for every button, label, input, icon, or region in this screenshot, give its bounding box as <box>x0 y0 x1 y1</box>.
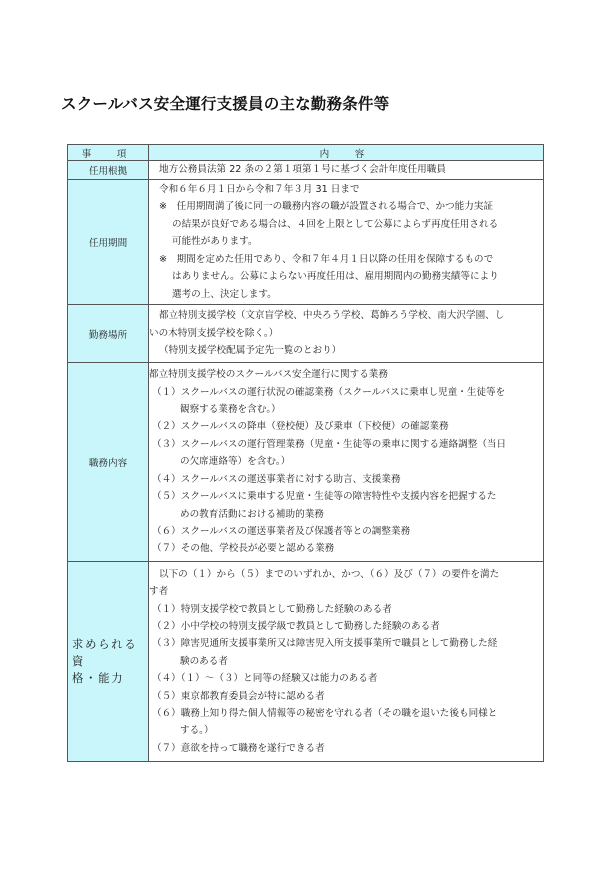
row-label-basis: 任用根拠 <box>68 161 149 180</box>
period-note-2-cont: 選考の上、決定します。 <box>149 286 543 303</box>
qual-item: （２）小中学校の特別支援学級で教員として勤務した経験のある者 <box>149 618 543 635</box>
table-row-location: 勤務場所 都立特別支援学校（文京盲学校、中央ろう学校、葛飾ろう学校、南大沢学園、… <box>68 305 544 363</box>
period-line: 令和６年６月１日から令和７年３月 31 日まで <box>149 181 543 198</box>
duties-item-cont: めの教育活動における補助的業務 <box>149 506 543 523</box>
duties-intro: 都立特別支援学校のスクールバス安全運行に関する業務 <box>149 366 543 383</box>
duties-item: （１）スクールバスの運行状況の確認業務（スクールバスに乗車し児童・生徒等を <box>149 384 543 401</box>
location-line: 都立特別支援学校（文京盲学校、中央ろう学校、葛飾ろう学校、南大沢学園、し <box>149 307 543 324</box>
row-label-location: 勤務場所 <box>68 305 149 363</box>
table-row-qualifications: 求められる資 格・能力 以下の（１）から（５）までのいずれか、かつ、（６）及び（… <box>68 562 544 762</box>
period-note-1: ※ 任用期間満了後に同一の職務内容の職が設置される場合で、かつ能力実証 <box>149 198 543 215</box>
row-label-duties: 職務内容 <box>68 363 149 562</box>
qual-item: （４）（１）～（３）と同等の経験又は能力のある者 <box>149 670 543 687</box>
header-item: 事 項 <box>68 145 149 161</box>
table-row-duties: 職務内容 都立特別支援学校のスクールバス安全運行に関する業務 （１）スクールバス… <box>68 363 544 562</box>
period-note-1-cont: 可能性があります。 <box>149 233 543 250</box>
row-content-basis: 地方公務員法第 22 条の２第１項第１号に基づく会計年度任用職員 <box>149 161 544 180</box>
row-content-location: 都立特別支援学校（文京盲学校、中央ろう学校、葛飾ろう学校、南大沢学園、し いの木… <box>149 305 544 363</box>
row-content-qualifications: 以下の（１）から（５）までのいずれか、かつ、（６）及び（７）の要件を満た す者 … <box>149 562 544 762</box>
qual-intro: 以下の（１）から（５）までのいずれか、かつ、（６）及び（７）の要件を満た <box>149 566 543 583</box>
location-note: （特別支援学校配属予定先一覧のとおり） <box>149 342 543 359</box>
duties-item: （３）スクールバスの運行管理業務（児童・生徒等の乗車に関する連絡調整（当日 <box>149 436 543 453</box>
duties-item: （２）スクールバスの降車（登校便）及び乗車（下校便）の確認業務 <box>149 418 543 435</box>
duties-item: （５）スクールバスに乗車する児童・生徒等の障害特性や支援内容を把握するた <box>149 488 543 505</box>
employment-conditions-table: 事 項 内 容 任用根拠 地方公務員法第 22 条の２第１項第１号に基づく会計年… <box>67 144 544 762</box>
qual-label-line1: 求められる資 <box>72 636 148 670</box>
duties-item-cont: 観察する業務を含む。） <box>149 401 543 418</box>
qual-item: （６）職務上知り得た個人情報等の秘密を守れる者（その職を退いた後も同様と <box>149 705 543 722</box>
qual-label-line2: 格・能力 <box>72 670 148 687</box>
period-note-2-cont: はありません。公募によらない再度任用は、雇用期間内の勤務実績等により <box>149 268 543 285</box>
document-title: スクールバス安全運行支援員の主な勤務条件等 <box>61 92 389 114</box>
duties-item: （７）その他、学校長が必要と認める業務 <box>149 540 543 557</box>
qual-item-cont: する。） <box>149 722 543 739</box>
location-line-cont: いの木特別支援学校を除く。） <box>149 325 543 342</box>
period-note-2: ※ 期間を定めた任用であり、令和７年４月１日以降の任用を保障するもので <box>149 251 543 268</box>
duties-item: （６）スクールバスの運送事業者及び保護者等との調整業務 <box>149 523 543 540</box>
table-row-period: 任用期間 令和６年６月１日から令和７年３月 31 日まで ※ 任用期間満了後に同… <box>68 180 544 305</box>
qual-item: （５）東京都教育委員会が特に認める者 <box>149 688 543 705</box>
row-content-period: 令和６年６月１日から令和７年３月 31 日まで ※ 任用期間満了後に同一の職務内… <box>149 180 544 305</box>
duties-item-cont: の欠席連絡等）を含む。） <box>149 453 543 470</box>
qual-item: （７）意欲を持って職務を遂行できる者 <box>149 740 543 757</box>
table-row-basis: 任用根拠 地方公務員法第 22 条の２第１項第１号に基づく会計年度任用職員 <box>68 161 544 180</box>
basis-line: 地方公務員法第 22 条の２第１項第１号に基づく会計年度任用職員 <box>149 161 543 178</box>
qual-item-cont: 験のある者 <box>149 653 543 670</box>
period-note-1-cont: の結果が良好である場合は、４回を上限として公募によらず再度任用される <box>149 216 543 233</box>
qual-item: （３）障害児通所支援事業所又は障害児入所支援事業所で職員として勤務した経 <box>149 635 543 652</box>
table-header-row: 事 項 内 容 <box>68 145 544 161</box>
row-label-period: 任用期間 <box>68 180 149 305</box>
header-content: 内 容 <box>149 145 544 161</box>
row-content-duties: 都立特別支援学校のスクールバス安全運行に関する業務 （１）スクールバスの運行状況… <box>149 363 544 562</box>
row-label-qualifications: 求められる資 格・能力 <box>68 562 149 762</box>
duties-item: （４）スクールバスの運送事業者に対する助言、支援業務 <box>149 471 543 488</box>
qual-item: （１）特別支援学校で教員として勤務した経験のある者 <box>149 601 543 618</box>
qual-intro-cont: す者 <box>149 583 543 600</box>
